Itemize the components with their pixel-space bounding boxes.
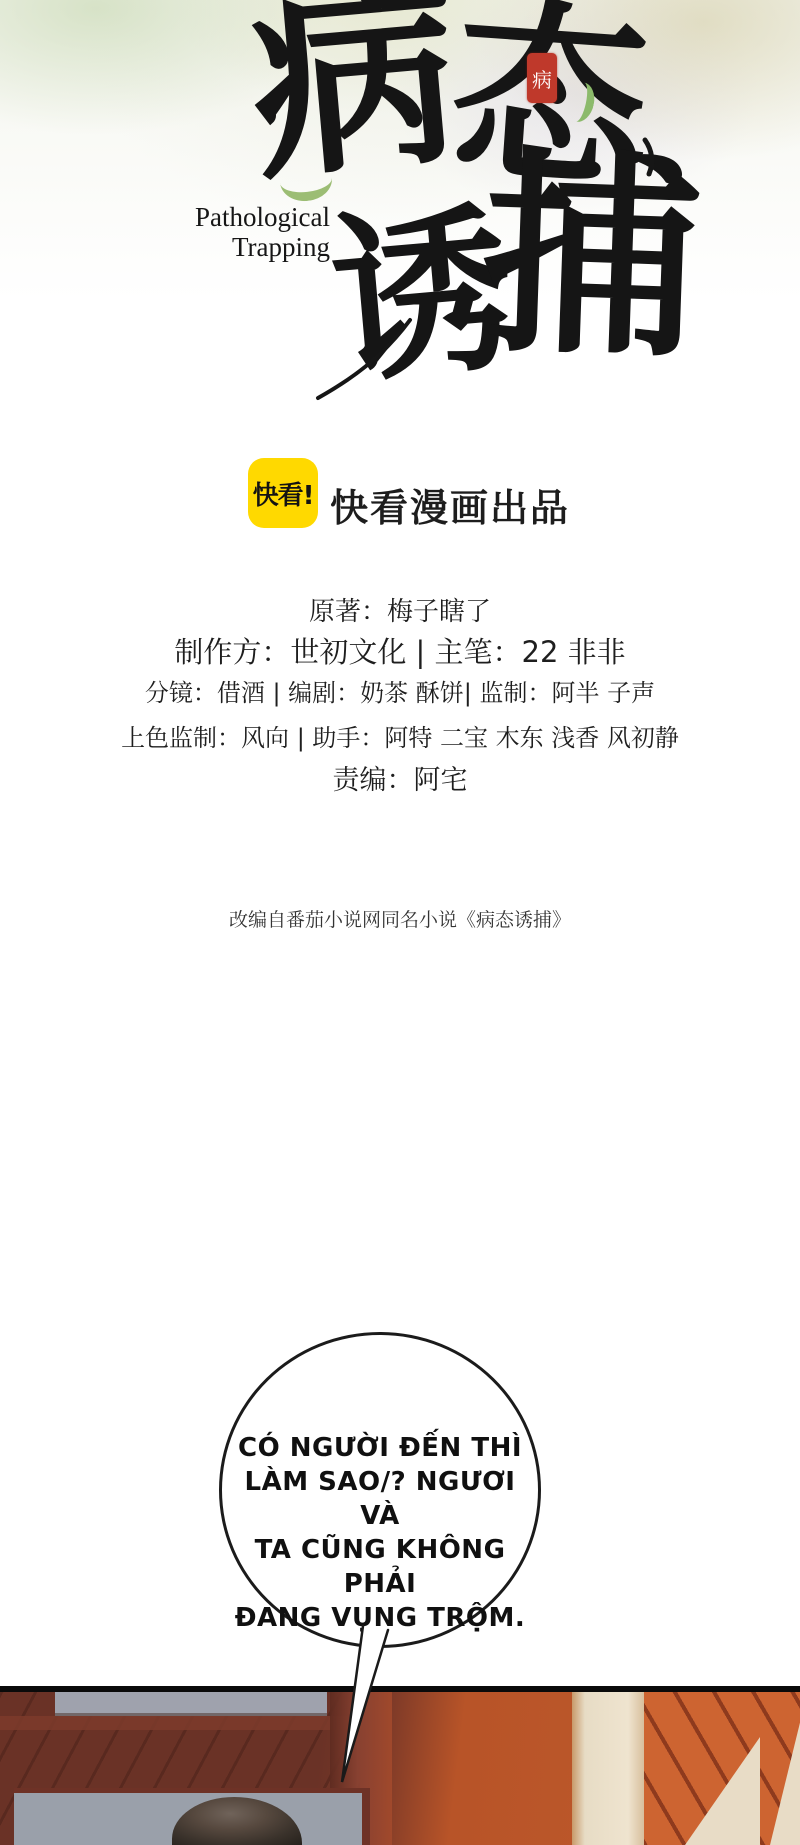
credit-line-editor: 责编：阿宅 <box>0 758 800 797</box>
wood-frame-bar <box>0 1716 360 1730</box>
adaptation-source-note: 改编自番茄小说网同名小说《病态诱捕》 <box>0 905 800 932</box>
speech-line: TA CŨNG KHÔNG PHẢI <box>222 1533 538 1601</box>
red-seal-stamp: 病 <box>527 53 557 103</box>
speech-line: CÓ NGƯỜI ĐẾN THÌ <box>222 1431 538 1465</box>
credit-line-studio: 制作方：世初文化 | 主笔：22 非非 <box>0 630 800 671</box>
seal-character: 病 <box>532 64 552 93</box>
speech-bubble-text: CÓ NGƯỜI ĐẾN THÌ LÀM SAO/? NGƯƠI VÀ TA C… <box>222 1335 538 1635</box>
credit-line-coloring: 上色监制：风向 | 助手：阿特 二宝 木东 浅香 风初静 <box>0 718 800 753</box>
kuaikan-logo-badge: 快看! <box>248 458 318 528</box>
lattice-cutout <box>685 1737 760 1845</box>
speech-bubble-tail <box>318 1616 410 1796</box>
english-title-line2: Trapping <box>130 232 330 262</box>
english-title: Pathological Trapping <box>130 202 330 262</box>
title-header-art: 病 态 诱 捕 病 Pathological Trapping <box>0 0 800 430</box>
speech-line: LÀM SAO/? NGƯƠI VÀ <box>222 1465 538 1533</box>
lattice-cutout <box>770 1692 800 1845</box>
credit-line-author: 原著：梅子瞎了 <box>0 591 800 628</box>
comic-title-page: 病 态 诱 捕 病 Pathological Trapping 快看! 快看漫画… <box>0 0 800 1845</box>
kuaikan-logo-text: 快看! <box>253 475 314 512</box>
speech-bubble: CÓ NGƯỜI ĐẾN THÌ LÀM SAO/? NGƯƠI VÀ TA C… <box>219 1332 541 1648</box>
orange-lattice-door <box>644 1692 800 1845</box>
stone-panel-top <box>55 1692 327 1716</box>
english-title-line1: Pathological <box>130 202 330 232</box>
credit-line-storyboard: 分镜：借酒 | 编剧：奶茶 酥饼| 监制：阿半 子声 <box>0 673 800 708</box>
publisher-label: 快看漫画出品 <box>330 477 570 532</box>
wall-cream-stripe <box>572 1692 644 1845</box>
brush-stroke-decoration <box>0 0 800 430</box>
